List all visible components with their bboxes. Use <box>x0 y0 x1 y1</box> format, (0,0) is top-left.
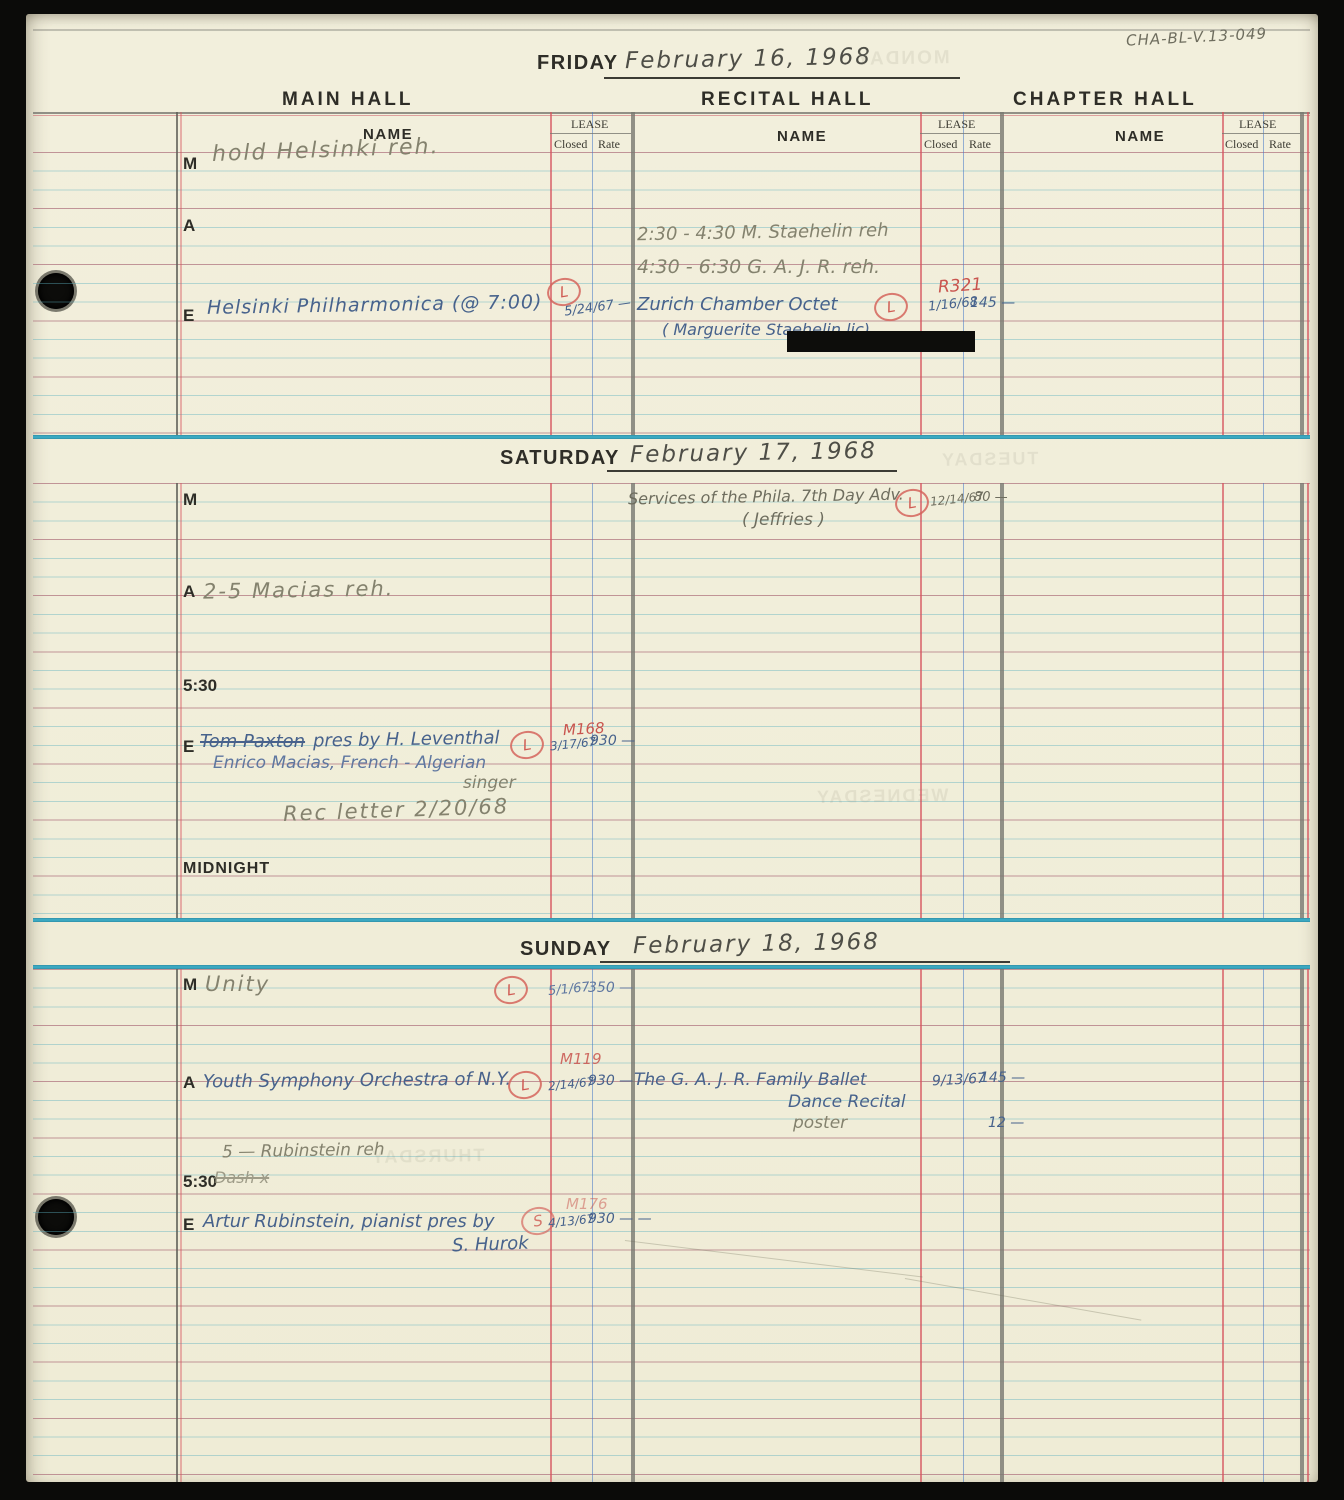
ghost-text-tuesday: TUESDAY <box>940 448 1039 471</box>
rate-header-recital: Rate <box>969 137 991 152</box>
vline-chapter-end <box>1300 969 1304 1482</box>
vline-recital-lease <box>920 112 922 437</box>
entry-friday-recital-a1: 2:30 - 4:30 M. Staehelin reh <box>637 220 889 245</box>
entry-sunday-main-a: Youth Symphony Orchestra of N.Y. <box>203 1069 511 1093</box>
vline-left-red <box>180 969 182 1482</box>
vline-main-lease <box>550 483 552 920</box>
row-label-sunday-m: M <box>183 975 197 995</box>
vline-right-border <box>1307 483 1309 920</box>
lease-divider-recital <box>920 133 1000 134</box>
table-section-saturday: M A 5:30 E MIDNIGHT <box>33 483 1310 920</box>
entry-friday-recital-a2: 4:30 - 6:30 G. A. J. R. reh. <box>637 256 880 278</box>
row-label-sunday-530: 5:30 <box>183 1172 217 1192</box>
top-edge-rule <box>33 29 1310 31</box>
vline-recital-lease <box>920 969 922 1482</box>
lease-rate-sunday-e: 930 — — <box>588 1211 652 1227</box>
date-underline-saturday <box>607 470 897 472</box>
vline-main-rate <box>592 483 593 920</box>
vline-chapter-lease <box>1222 969 1224 1482</box>
row-label-saturday-530: 5:30 <box>183 676 217 696</box>
row-label-saturday-a: A <box>183 582 195 602</box>
table-top-border <box>33 112 1310 114</box>
entry-saturday-main-e1: pres by H. Leventhal <box>313 727 500 751</box>
closed-header-main: Closed <box>554 137 587 152</box>
entry-sunday-note1: 5 — Rubinstein reh <box>222 1140 385 1163</box>
row-label-saturday-midnight: MIDNIGHT <box>183 860 270 878</box>
lease-rate-saturday-main: 930 — <box>590 733 635 749</box>
lease-rate-sunday-m: 350 — <box>588 980 633 996</box>
row-label-friday-a: A <box>183 216 195 236</box>
lease-rate-sunday-recital: 145 — <box>980 1070 1025 1086</box>
day-date-saturday: February 17, 1968 <box>630 438 877 468</box>
lease-rate2-sunday-recital: 12 — <box>988 1115 1024 1131</box>
entry-sunday-main-e2: S. Hurok <box>452 1233 529 1257</box>
vline-right-border <box>1307 112 1309 437</box>
vline-main-end <box>631 112 635 437</box>
rate-header-main: Rate <box>598 137 620 152</box>
vline-left-red <box>180 483 182 920</box>
vline-left-red <box>180 112 182 437</box>
closed-header-chapter: Closed <box>1225 137 1258 152</box>
day-date-friday: February 16, 1968 <box>625 44 872 74</box>
table-top-pink <box>33 115 1310 116</box>
entry-sunday-recital-a3: poster <box>793 1113 847 1133</box>
name-header-chapter: NAME <box>1115 128 1165 145</box>
vline-chapter-end <box>1300 112 1304 437</box>
row-label-friday-e: E <box>183 306 194 326</box>
vline-recital-rate <box>963 969 964 1482</box>
day-date-sunday: February 18, 1968 <box>633 929 880 959</box>
lease-date-sunday-recital: 9/13/67 <box>932 1071 987 1090</box>
vline-main-end <box>631 483 635 920</box>
row-label-saturday-e: E <box>183 737 194 757</box>
day-title-sunday: SUNDAY <box>520 938 612 961</box>
vline-chapter-lease <box>1222 112 1224 437</box>
hall-title-main: MAIN HALL <box>282 89 413 111</box>
entry-friday-recital-e1: Zurich Chamber Octet <box>637 294 838 315</box>
scanned-ledger-page: CHA-BL-V.13-049 FRIDAY February 16, 1968… <box>0 0 1344 1500</box>
lease-header-recital: LEASE <box>938 117 975 132</box>
entry-sunday-main-e1: Artur Rubinstein, pianist pres by <box>203 1211 495 1232</box>
lease-header-main: LEASE <box>571 117 608 132</box>
vline-recital-rate <box>963 112 964 437</box>
vline-main-lease <box>550 112 552 437</box>
vline-chapter-rate <box>1263 969 1264 1482</box>
day-title-saturday: SATURDAY <box>500 447 620 470</box>
entry-saturday-main-a: 2-5 Macias reh. <box>203 576 395 603</box>
hall-title-recital: RECITAL HALL <box>701 89 874 111</box>
vline-recital-end <box>1000 969 1004 1482</box>
vline-recital-end <box>1000 112 1004 437</box>
entry-saturday-main-e2: Enrico Macias, French - Algerian <box>213 753 486 773</box>
vline-recital-end <box>1000 483 1004 920</box>
vline-recital-lease <box>920 483 922 920</box>
date-underline-sunday <box>600 961 1010 963</box>
lease-rate-friday-recital: 145 — <box>970 295 1015 311</box>
ghost-text-thursday: THURSDAY <box>370 1145 485 1168</box>
vline-chapter-end <box>1300 483 1304 920</box>
section-divider <box>33 435 1310 439</box>
vline-chapter-lease <box>1222 483 1224 920</box>
entry-saturday-recital-m2: ( Jeffries ) <box>742 510 825 530</box>
hall-title-chapter: CHAPTER HALL <box>1013 89 1197 111</box>
vline-chapter-rate <box>1263 483 1264 920</box>
lease-divider-chapter <box>1222 133 1300 134</box>
section-divider <box>33 918 1310 922</box>
row-label-sunday-e: E <box>183 1215 194 1235</box>
entry-sunday-note2-struck: Dash x <box>214 1168 269 1187</box>
date-underline-friday <box>604 77 960 79</box>
ruling-saturday <box>33 483 1310 920</box>
entry-saturday-main-e3: singer <box>463 773 516 793</box>
vline-left-border <box>176 969 178 1482</box>
vline-recital-rate <box>963 483 964 920</box>
entry-saturday-main-e-struck: Tom Paxton <box>200 731 305 752</box>
row-label-saturday-m: M <box>183 490 197 510</box>
closed-header-recital: Closed <box>924 137 957 152</box>
row-label-friday-m: M <box>183 154 197 174</box>
rate-header-chapter: Rate <box>1269 137 1291 152</box>
ghost-text-monday: MONDAY <box>855 47 950 71</box>
day-title-friday: FRIDAY <box>537 52 619 75</box>
name-header-recital: NAME <box>777 128 827 145</box>
entry-sunday-recital-a2: Dance Recital <box>788 1092 906 1112</box>
vline-main-rate <box>592 112 593 437</box>
entry-sunday-recital-a1: The G. A. J. R. Family Ballet <box>634 1070 867 1090</box>
vline-chapter-rate <box>1263 112 1264 437</box>
vline-left-border <box>176 112 178 437</box>
entry-sunday-main-m: Unity <box>205 972 270 996</box>
row-label-sunday-a: A <box>183 1073 195 1093</box>
lease-header-chapter: LEASE <box>1239 117 1276 132</box>
vline-right-border <box>1307 969 1309 1482</box>
redaction-bar <box>787 331 975 352</box>
lease-rate-saturday-recital: 80 — <box>974 490 1008 505</box>
ghost-text-wednesday: WEDNESDAY <box>815 785 949 808</box>
vline-left-border <box>176 483 178 920</box>
booking-code-m119: M119 <box>560 1050 602 1068</box>
lease-divider-main <box>550 133 631 134</box>
